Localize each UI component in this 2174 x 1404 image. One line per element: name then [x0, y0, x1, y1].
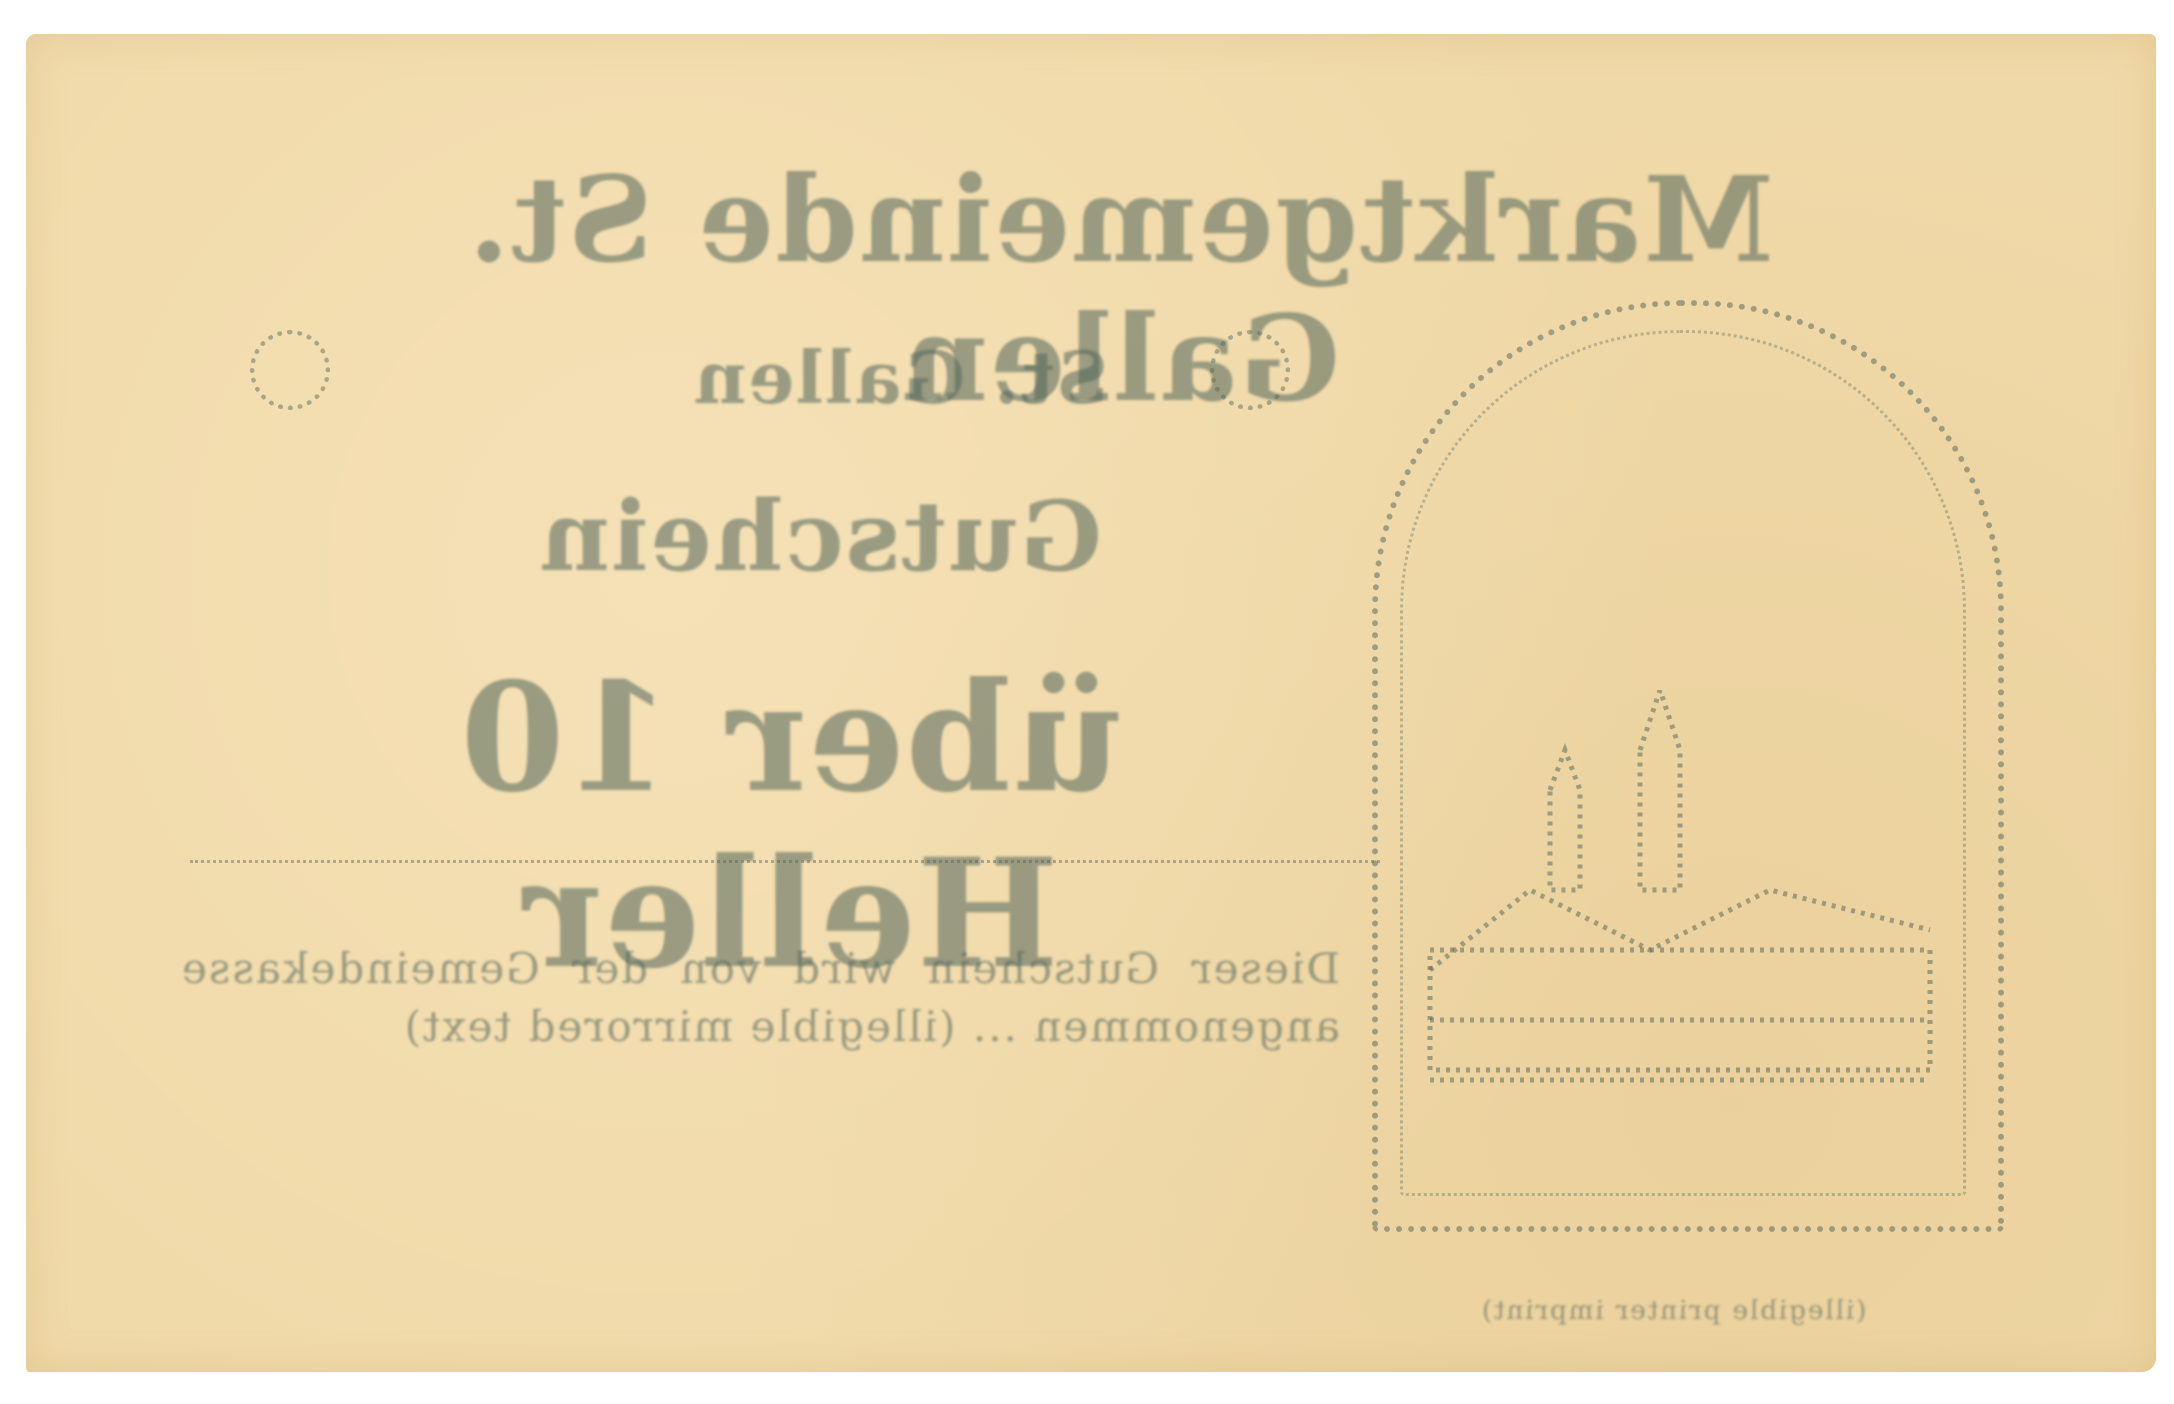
voucher-label: Gutschein [300, 480, 1340, 593]
scroll-ornament-right [1210, 330, 1290, 410]
scroll-ornament-left [250, 330, 330, 410]
terms-text: Dieser Gutschein wird von der Gemeindeka… [180, 940, 1340, 1056]
town-text: St. Gallen [692, 335, 1108, 420]
terms-body: Dieser Gutschein wird von der Gemeindeka… [180, 940, 1340, 1056]
printer-imprint: (illegible printer imprint) [1480, 1296, 1866, 1326]
ornamental-divider [190, 860, 1380, 863]
voucher-text: Gutschein [538, 480, 1102, 593]
imprint-text: (illegible printer imprint) [1480, 1296, 1866, 1326]
church-vignette [1410, 690, 1950, 1150]
